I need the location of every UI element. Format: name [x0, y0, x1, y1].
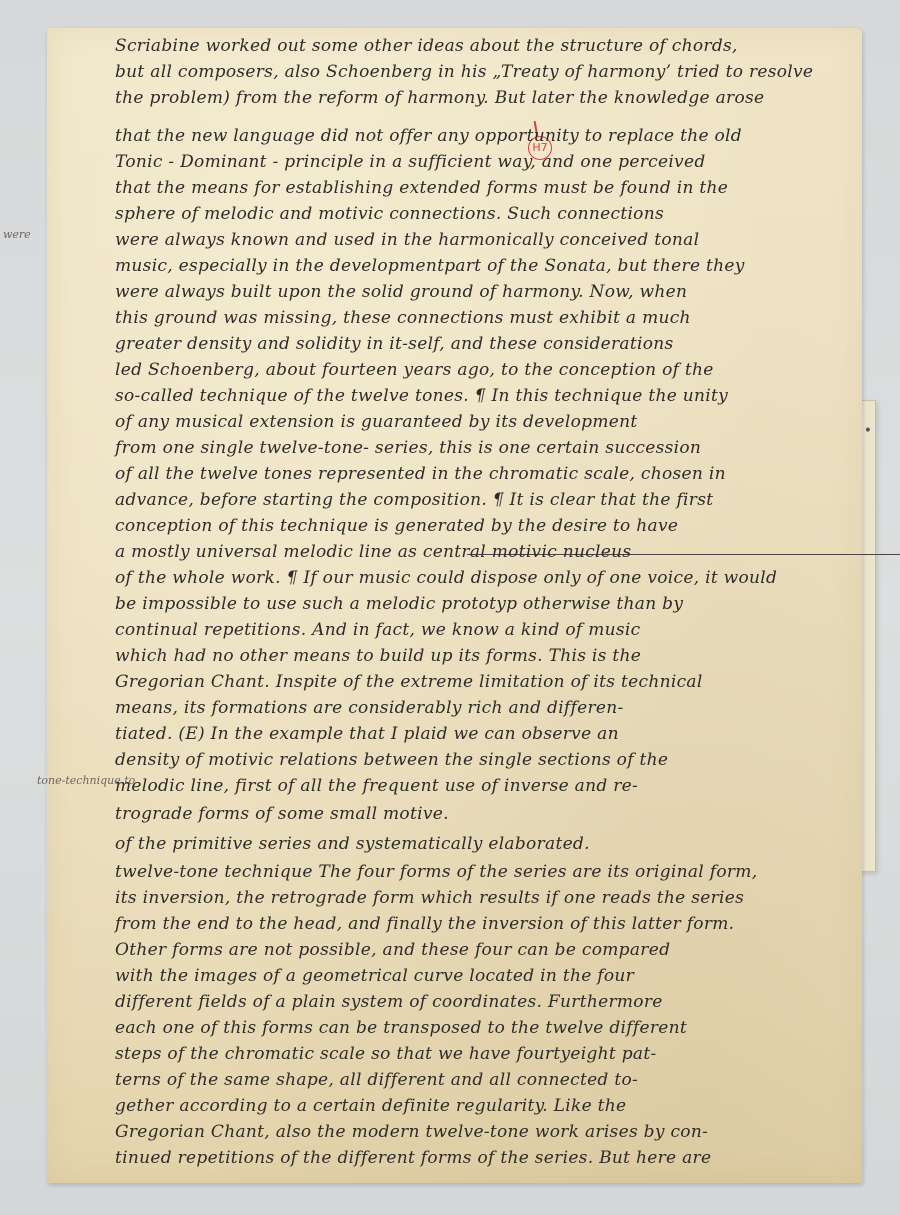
text-line-16: from one single twelve-tone- series, thi…	[115, 438, 701, 458]
text-line-39: steps of the chromatic scale so that we …	[115, 1044, 657, 1064]
text-line-41: gether according to a certain definite r…	[115, 1096, 626, 1116]
text-line-33: its inversion, the retrograde form which…	[115, 888, 744, 908]
text-line-10: were always built upon the solid ground …	[115, 282, 687, 302]
text-line-19: conception of this technique is generate…	[115, 516, 678, 536]
text-line-26: means, its formations are considerably r…	[115, 698, 624, 718]
text-line-43: tinued repetitions of the different form…	[115, 1148, 711, 1168]
margin-note-were: were	[3, 228, 31, 241]
text-line-23: continual repetitions. And in fact, we k…	[115, 620, 640, 640]
text-line-21: of the whole work. ¶ If our music could …	[115, 568, 777, 588]
text-line-6: that the means for establishing extended…	[115, 178, 728, 198]
text-line-8: were always known and used in the harmon…	[115, 230, 699, 250]
text-line-38: each one of this forms can be transposed…	[115, 1018, 687, 1038]
text-line-28: density of motivic relations between the…	[115, 750, 668, 770]
scan-background: • H7 were tone-technique to Scriabine wo…	[0, 0, 900, 1215]
text-line-5: Tonic - Dominant - principle in a suffic…	[115, 152, 706, 172]
text-line-40: terns of the same shape, all different a…	[115, 1070, 638, 1090]
text-line-31: of the primitive series and systematical…	[115, 834, 590, 854]
sheet-edge-mark: •	[864, 423, 872, 439]
text-line-30: trograde forms of some small motive.	[115, 804, 449, 824]
text-line-2: but all composers, also Schoenberg in hi…	[115, 62, 813, 82]
text-line-20: a mostly universal melodic line as centr…	[115, 542, 631, 562]
text-line-15: of any musical extension is guaranteed b…	[115, 412, 637, 432]
text-line-1: Scriabine worked out some other ideas ab…	[115, 36, 738, 56]
text-line-11: this ground was missing, these connectio…	[115, 308, 691, 328]
text-line-24: which had no other means to build up its…	[115, 646, 641, 666]
text-line-7: sphere of melodic and motivic connection…	[115, 204, 664, 224]
text-line-37: different fields of a plain system of co…	[115, 992, 663, 1012]
text-line-9: music, especially in the developmentpart…	[115, 256, 745, 276]
manuscript-page: H7 were tone-technique to Scriabine work…	[47, 28, 862, 1183]
text-line-17: of all the twelve tones represented in t…	[115, 464, 726, 484]
text-line-42: Gregorian Chant, also the modern twelve-…	[115, 1122, 708, 1142]
text-line-25: Gregorian Chant. Inspite of the extreme …	[115, 672, 703, 692]
text-line-34: from the end to the head, and finally th…	[115, 914, 734, 934]
text-line-3: the problem) from the reform of harmony.…	[115, 88, 764, 108]
text-line-18: advance, before starting the composition…	[115, 490, 713, 510]
text-line-12: greater density and solidity in it-self,…	[115, 334, 674, 354]
text-line-27: tiated. (E) In the example that I plaid …	[115, 724, 619, 744]
text-line-14: so-called technique of the twelve tones.…	[115, 386, 728, 406]
text-line-4: that the new language did not offer any …	[115, 126, 742, 146]
text-line-13: led Schoenberg, about fourteen years ago…	[115, 360, 714, 380]
text-line-22: be impossible to use such a melodic prot…	[115, 594, 683, 614]
text-line-29: melodic line, first of all the frequent …	[115, 776, 638, 796]
text-line-35: Other forms are not possible, and these …	[115, 940, 670, 960]
text-line-32: twelve-tone technique The four forms of …	[115, 862, 757, 882]
text-line-36: with the images of a geometrical curve l…	[115, 966, 634, 986]
